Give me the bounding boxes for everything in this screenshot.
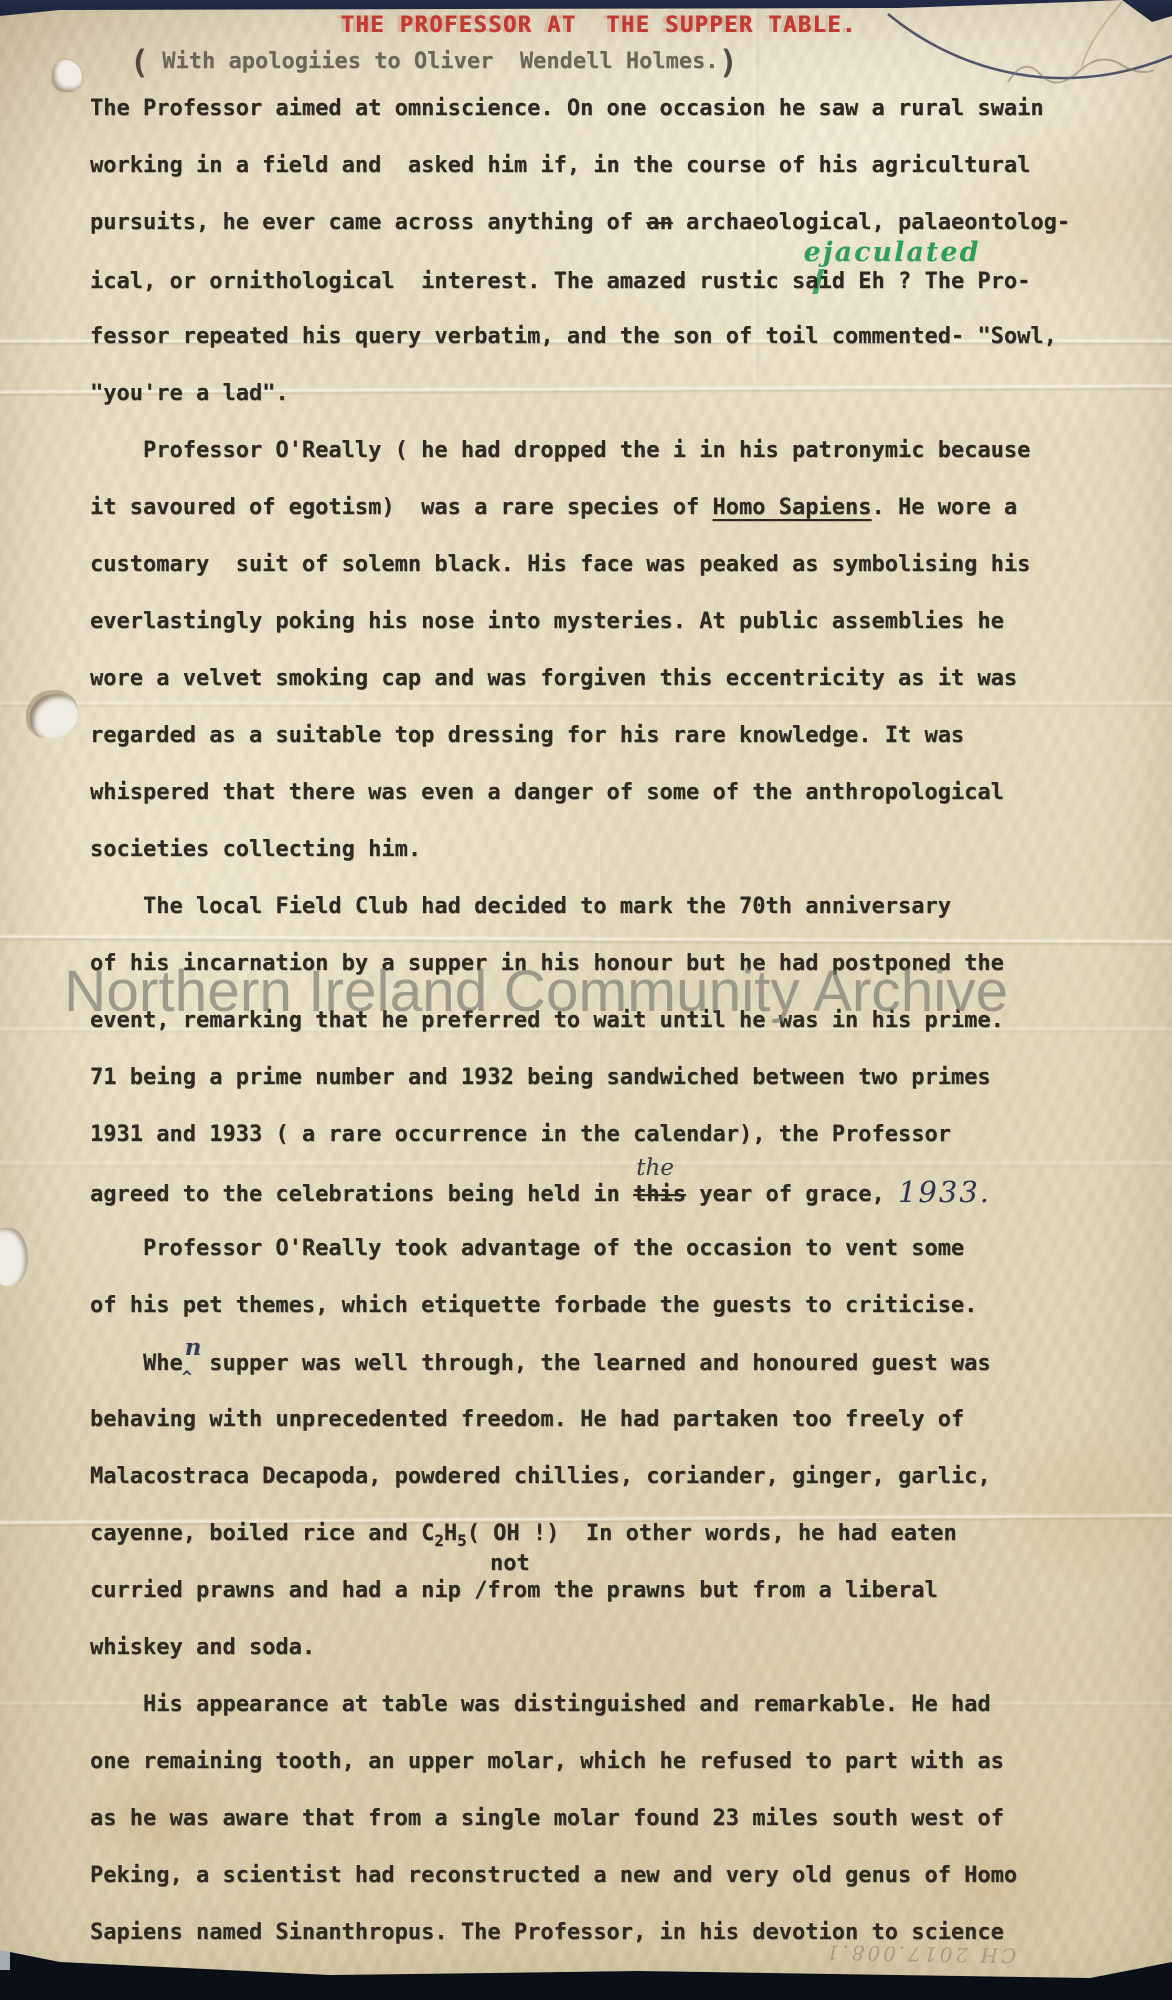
- typed-line: whiskey and soda.: [90, 1619, 1090, 1676]
- annotation-bigparen: ): [719, 43, 738, 81]
- typed-text: one remaining tooth, an upper molar, whi…: [90, 1749, 1004, 1774]
- typed-line: customary suit of solemn black. His face…: [90, 536, 1090, 593]
- typed-line: cayenne, boiled rice and C2H5( OH !) In …: [90, 1505, 1090, 1562]
- typed-text: it savoured of egotism) was a rare speci…: [90, 495, 713, 520]
- annotation-u: Homo Sapiens: [713, 495, 872, 520]
- typed-text: pursuits, he ever came across anything o…: [90, 210, 646, 235]
- typed-text: everlastingly poking his nose into myste…: [90, 609, 1004, 634]
- typed-text: Whe: [90, 1351, 183, 1376]
- typed-line: whispered that there was even a danger o…: [90, 764, 1090, 821]
- typed-line: societies collecting him.: [90, 821, 1090, 878]
- typed-line: curried prawns and had a nip not/from th…: [90, 1562, 1090, 1619]
- typed-line: agreed to the celebrations being held in…: [90, 1163, 1090, 1220]
- typed-text: supper was well through, the learned and…: [183, 1351, 991, 1376]
- typed-text: working in a field and asked him if, in …: [90, 153, 1030, 178]
- typed-text: Peking, a scientist had reconstructed a …: [90, 1863, 1017, 1888]
- typed-line: 71 being a prime number and 1932 being s…: [90, 1049, 1090, 1106]
- annotation-hand-ink: 1933.: [898, 1175, 991, 1209]
- typed-text: cayenne, boiled rice and C: [90, 1521, 434, 1546]
- typed-text: /from the prawns but from a liberal: [474, 1578, 938, 1603]
- typed-text: "you're a lad".: [90, 381, 289, 406]
- typed-line: as he was aware that from a single molar…: [90, 1790, 1090, 1847]
- page-subtitle: ( With apologiies to Oliver Wendell Holm…: [90, 44, 1090, 80]
- typed-text: Professor O'Really ( he had dropped the …: [90, 438, 1030, 463]
- annotation-sub: 2: [434, 1531, 444, 1550]
- typed-line: behaving with unprecedented freedom. He …: [90, 1391, 1090, 1448]
- typed-line: of his pet themes, which etiquette forba…: [90, 1277, 1090, 1334]
- typed-line: it savoured of egotism) was a rare speci…: [90, 479, 1090, 536]
- typed-text: 1931 and 1933 ( a rare occurrence in the…: [90, 1122, 951, 1147]
- typed-text: H: [444, 1521, 457, 1546]
- typed-text: as he was aware that from a single molar…: [90, 1806, 1004, 1831]
- typed-text: curried prawns and had a nip: [90, 1578, 474, 1603]
- typed-line: regarded as a suitable top dressing for …: [90, 707, 1090, 764]
- annotation-bigparen: (: [130, 43, 149, 81]
- typed-text: archaeological, palaeontolog-: [673, 210, 1070, 235]
- typed-line: Malacostraca Decapoda, powdered chillies…: [90, 1448, 1090, 1505]
- typed-text: With apologiies to Oliver Wendell Holmes…: [149, 49, 719, 74]
- typed-line: Professor O'Really took advantage of the…: [90, 1220, 1090, 1277]
- typed-line: wore a velvet smoking cap and was forgiv…: [90, 650, 1090, 707]
- typed-line: working in a field and asked him if, in …: [90, 137, 1090, 194]
- typed-line: "you're a lad".: [90, 365, 1090, 422]
- typed-line: Professor O'Really ( he had dropped the …: [90, 422, 1090, 479]
- typed-text: . He wore a: [871, 495, 1017, 520]
- typed-text: societies collecting him.: [90, 837, 421, 862]
- typed-text: whispered that there was even a danger o…: [90, 780, 1004, 805]
- typed-line: When^ supper was well through, the learn…: [90, 1334, 1090, 1391]
- annotation-strike: this: [633, 1182, 686, 1207]
- typed-text: The local Field Club had decided to mark…: [90, 894, 951, 919]
- typed-text: wore a velvet smoking cap and was forgiv…: [90, 666, 1017, 691]
- annotation-sub: 5: [457, 1531, 467, 1550]
- typed-text: Eh ? The Pro-: [845, 269, 1030, 294]
- typed-line: everlastingly poking his nose into myste…: [90, 593, 1090, 650]
- typed-text: customary suit of solemn black. His face…: [90, 552, 1030, 577]
- annotation-strike-green: said: [792, 269, 845, 294]
- typed-text: The Professor aimed at omniscience. On o…: [90, 96, 1044, 121]
- typed-text: 71 being a prime number and 1932 being s…: [90, 1065, 991, 1090]
- typed-line: ical, or ornithological interest. The am…: [90, 251, 1090, 308]
- typed-text: regarded as a suitable top dressing for …: [90, 723, 964, 748]
- typed-text: behaving with unprecedented freedom. He …: [90, 1407, 964, 1432]
- archive-watermark: Northern Ireland Community Archive: [64, 958, 1008, 1025]
- typed-line: 1931 and 1933 ( a rare occurrence in the…: [90, 1106, 1090, 1163]
- typed-line: His appearance at table was distinguishe…: [90, 1676, 1090, 1733]
- page-title: THE PROFESSOR AT THE SUPPER TABLE.: [90, 8, 1090, 44]
- typed-text: fessor repeated his query verbatim, and …: [90, 324, 1057, 349]
- typed-line: fessor repeated his query verbatim, and …: [90, 308, 1090, 365]
- typed-text: whiskey and soda.: [90, 1635, 315, 1660]
- typed-text: ical, or ornithological interest. The am…: [90, 269, 792, 294]
- typed-text: of his pet themes, which etiquette forba…: [90, 1293, 977, 1318]
- typed-line: one remaining tooth, an upper molar, whi…: [90, 1733, 1090, 1790]
- typed-line: The local Field Club had decided to mark…: [90, 878, 1090, 935]
- typed-line: Peking, a scientist had reconstructed a …: [90, 1847, 1090, 1904]
- annotation-strike: an: [646, 210, 673, 235]
- typed-text: agreed to the celebrations being held in: [90, 1182, 633, 1207]
- typed-text: His appearance at table was distinguishe…: [90, 1692, 991, 1717]
- typed-text: [90, 49, 130, 74]
- typed-text: Professor O'Really took advantage of the…: [90, 1236, 964, 1261]
- typed-text: ( OH !) In other words, he had eaten: [467, 1521, 957, 1546]
- typed-text: Malacostraca Decapoda, powdered chillies…: [90, 1464, 991, 1489]
- scanned-document: THE PROFESSOR AT THE SUPPER TABLE. ( Wit…: [0, 0, 1172, 2000]
- typed-text: year of grace,: [686, 1182, 898, 1207]
- typed-line: The Professor aimed at omniscience. On o…: [90, 80, 1090, 137]
